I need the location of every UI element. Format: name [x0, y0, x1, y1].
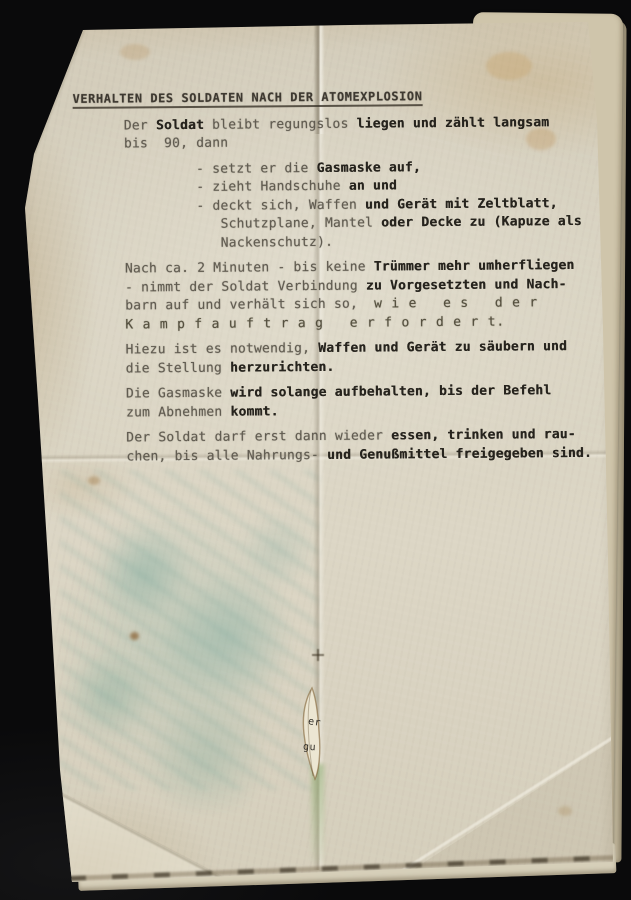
text-segment: zum Abnehmen [126, 404, 230, 420]
foxing-spot [130, 632, 139, 640]
text-line: zum Abnehmen kommt. [126, 400, 631, 422]
text-segment: Nach ca. 2 Minuten - bis keine [125, 260, 374, 277]
tear-text-fragment: gu [303, 742, 317, 754]
text-segment: Schutzplane, Mantel [221, 215, 382, 231]
text-line: bis 90, dann [124, 132, 630, 154]
text-segment: wird solange aufbehalten, bis der Befehl [230, 383, 551, 401]
tear-text-fragment: er [307, 716, 321, 729]
text-segment: Trümmer mehr umherfliegen [374, 258, 575, 275]
text-segment: Die Gasmaske [126, 386, 230, 402]
text-line: K a m p f a u f t r a g e r f o r d e r … [125, 312, 631, 334]
text-line: Hiezu ist es notwendig, Waffen und Gerät… [126, 338, 631, 360]
foxing-spot [88, 476, 100, 485]
text-segment: an und [349, 178, 397, 193]
text-segment: und Gerät mit Zeltblatt, [365, 196, 558, 213]
document-title: VERHALTEN DES SOLDATEN NACH DER ATOMEXPL… [73, 86, 630, 109]
text-segment: und Genußmittel freigegeben sind. [327, 445, 592, 462]
text-segment: Waffen und Gerät zu säubern und [318, 339, 567, 356]
text-line: chen, bis alle Nahrungs- und Genußmittel… [126, 444, 631, 466]
text-segment: K a m p f a u f t r a g e r f o r d e r … [125, 314, 505, 332]
tear-shape [299, 686, 325, 782]
text-segment: w i e e s d e r [374, 295, 538, 311]
text-segment: - nimmt der Soldat Verbindung [125, 278, 366, 295]
fold-nick-tear [311, 648, 325, 662]
text-segment: - setzt er die [196, 160, 317, 176]
text-segment: bleibt regungslos [204, 116, 357, 132]
text-segment: bis 90, dann [124, 136, 228, 152]
text-segment: liegen und zählt langsam [357, 115, 550, 132]
text-segment: Der [124, 118, 156, 133]
foxing-spot [486, 52, 532, 80]
text-segment: chen, bis alle Nahrungs- [126, 447, 327, 464]
foxing-spot [558, 806, 572, 816]
text-segment: - deckt sich, Waffen [196, 197, 365, 213]
text-segment: Soldat [156, 117, 204, 132]
text-segment: herzurichten. [230, 359, 334, 375]
text-segment: zu Vorgesetzten und Nach- [366, 277, 567, 294]
foxing-spot [120, 44, 150, 60]
text-line: die Stellung herzurichten. [126, 356, 631, 378]
text-segment: Hiezu ist es notwendig, [126, 341, 319, 358]
fold-tear: er gu [299, 686, 325, 782]
text-line: - nimmt der Soldat Verbindung zu Vorgese… [125, 275, 631, 297]
text-segment: Der Soldat darf erst dann wieder [126, 428, 391, 445]
text-segment: die Stellung [126, 360, 230, 376]
text-segment: VERHALTEN DES SOLDATEN NACH DER ATOMEXPL… [73, 89, 423, 109]
text-segment: Gasmaske auf, [316, 160, 420, 176]
text-segment: kommt. [230, 404, 278, 419]
text-line: Nackenschutz). [221, 231, 631, 253]
photo-backdrop: er gu VERHALTEN DES SOLDATEN NACH DER AT… [0, 0, 631, 900]
text-segment: essen, trinken und rau- [391, 427, 576, 443]
text-segment: oder Decke zu (Kapuze als [381, 214, 582, 231]
text-segment: Nackenschutz). [221, 234, 333, 250]
text-line: Schutzplane, Mantel oder Decke zu (Kapuz… [221, 213, 631, 235]
document-text: VERHALTEN DES SOLDATEN NACH DER ATOMEXPL… [0, 86, 631, 468]
water-stain-streaks [60, 470, 320, 790]
text-segment: - zieht Handschuhe [196, 179, 349, 195]
paper-sheet: er gu VERHALTEN DES SOLDATEN NACH DER AT… [0, 0, 631, 900]
text-segment: barn auf und verhält sich so, [125, 297, 374, 314]
